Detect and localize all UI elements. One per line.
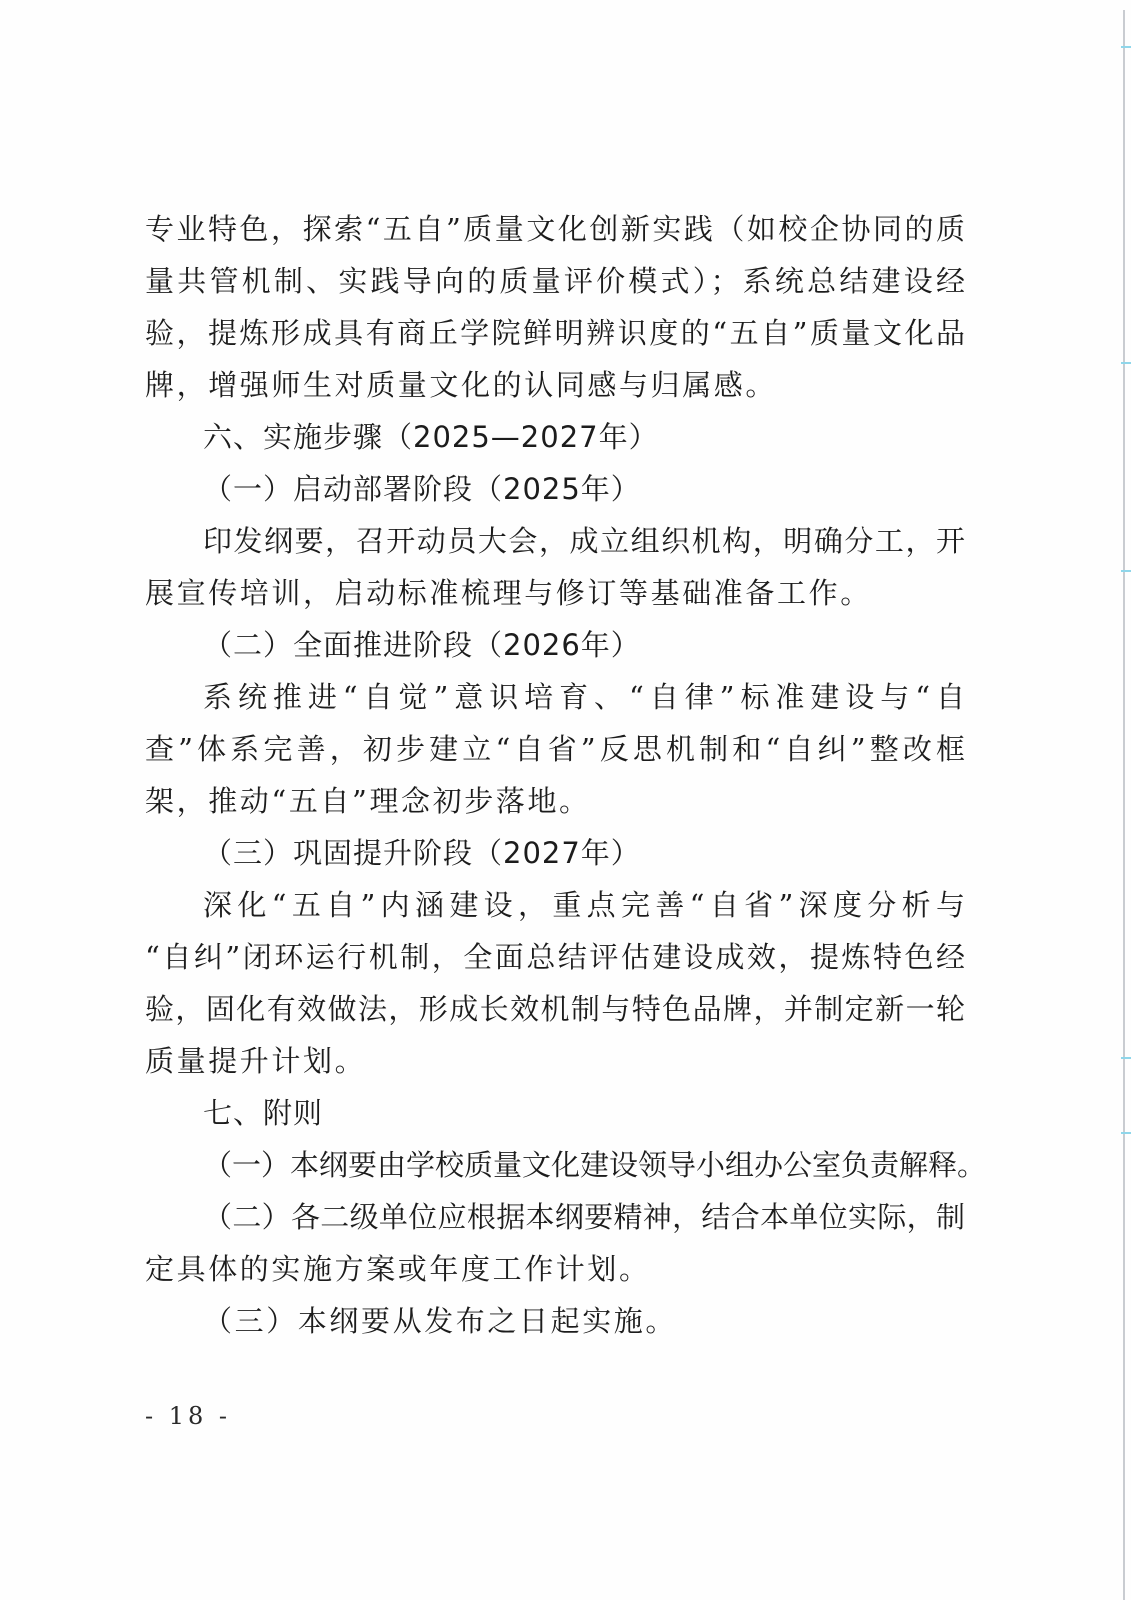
- document-page: 专业特色，探索“五自”质量文化创新实践（如校企协同的质 量共管机制、实践导向的质…: [0, 0, 1131, 1600]
- scan-tick-mark: [1121, 46, 1131, 48]
- section-heading-supplementary-provisions: 七、附则: [145, 1087, 965, 1139]
- scan-tick-mark: [1121, 1057, 1131, 1059]
- paragraph-line: 专业特色，探索“五自”质量文化创新实践（如校企协同的质: [145, 203, 965, 255]
- paragraph-line: 查”体系完善，初步建立“自省”反思机制和“自纠”整改框: [145, 723, 965, 775]
- document-body: 专业特色，探索“五自”质量文化创新实践（如校企协同的质 量共管机制、实践导向的质…: [145, 203, 965, 1347]
- provision-item-1: （一）本纲要由学校质量文化建设领导小组办公室负责解释。: [145, 1139, 965, 1191]
- scan-tick-mark: [1121, 1132, 1131, 1134]
- paragraph-line: 质量提升计划。: [145, 1035, 965, 1087]
- page-number: - 18 -: [145, 1402, 231, 1430]
- paragraph-line: 验，提炼形成具有商丘学院鲜明辨识度的“五自”质量文化品: [145, 307, 965, 359]
- paragraph-line: 展宣传培训，启动标准梳理与修订等基础准备工作。: [145, 567, 965, 619]
- paragraph-line: 深化“五自”内涵建设，重点完善“自省”深度分析与: [145, 879, 965, 931]
- paragraph-line: 量共管机制、实践导向的质量评价模式）；系统总结建设经: [145, 255, 965, 307]
- provision-item-2: （二）各二级单位应根据本纲要精神，结合本单位实际，制: [145, 1191, 965, 1243]
- paragraph-line: 牌，增强师生对质量文化的认同感与归属感。: [145, 359, 965, 411]
- subheading-consolidate-phase: （三）巩固提升阶段（2027年）: [145, 827, 965, 879]
- section-heading-implementation-steps: 六、实施步骤（2025—2027年）: [145, 411, 965, 463]
- scan-tick-mark: [1121, 362, 1131, 364]
- paragraph-line: 系统推进“自觉”意识培育、“自律”标准建设与“自: [145, 671, 965, 723]
- paragraph-line: “自纠”闭环运行机制，全面总结评估建设成效，提炼特色经: [145, 931, 965, 983]
- paragraph-line: 印发纲要，召开动员大会，成立组织机构，明确分工，开: [145, 515, 965, 567]
- paragraph-line: 定具体的实施方案或年度工作计划。: [145, 1243, 965, 1295]
- paragraph-line: 验，固化有效做法，形成长效机制与特色品牌，并制定新一轮: [145, 983, 965, 1035]
- paragraph-line: 架，推动“五自”理念初步落地。: [145, 775, 965, 827]
- subheading-advance-phase: （二）全面推进阶段（2026年）: [145, 619, 965, 671]
- scan-tick-mark: [1121, 570, 1131, 572]
- subheading-launch-phase: （一）启动部署阶段（2025年）: [145, 463, 965, 515]
- scan-edge-line: [1123, 10, 1125, 1600]
- provision-item-3: （三）本纲要从发布之日起实施。: [145, 1295, 965, 1347]
